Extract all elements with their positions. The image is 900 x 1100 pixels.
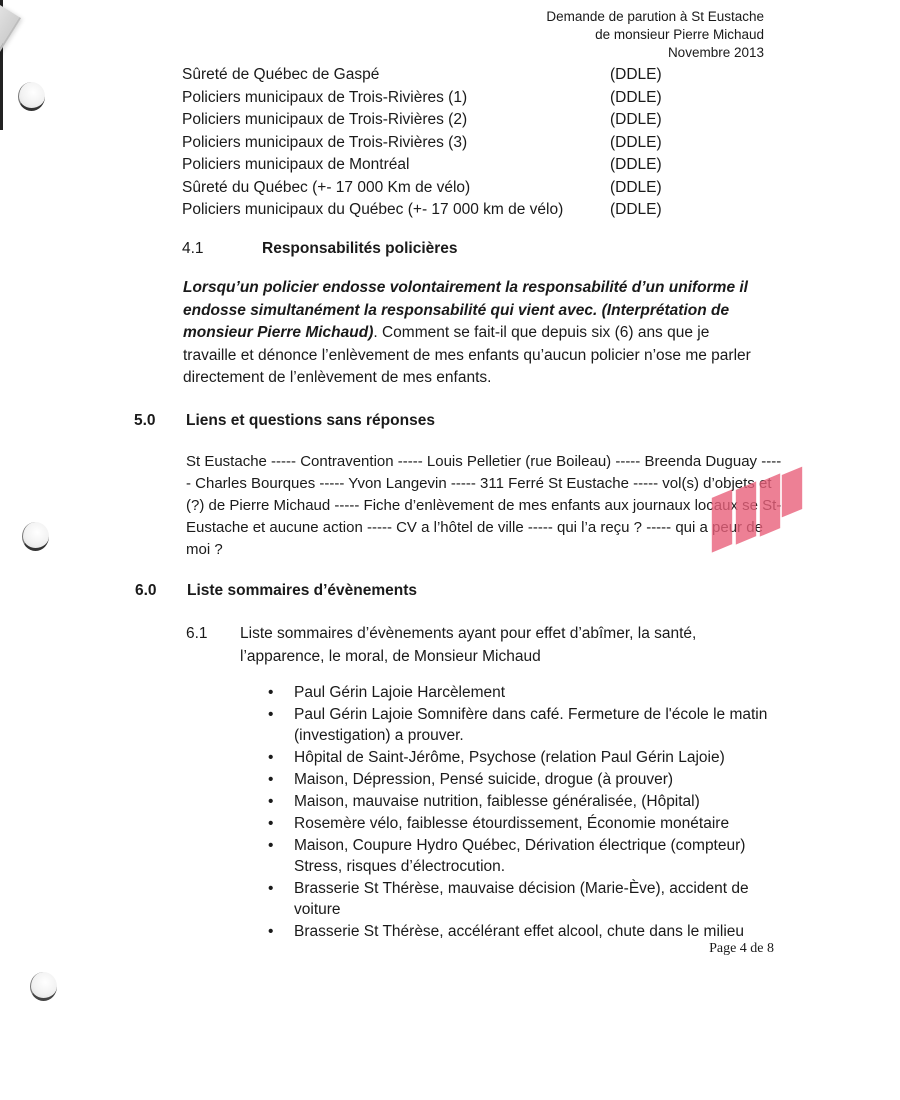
police-name: Sûreté de Québec de Gaspé <box>182 64 379 87</box>
section-number: 6.0 <box>135 582 187 600</box>
section-title: Liens et questions sans réponses <box>186 412 435 430</box>
list-item: •Maison, Dépression, Pensé suicide, drog… <box>266 769 786 790</box>
bullet-icon: • <box>268 704 273 725</box>
list-item: •Brasserie St Thérèse, accélérant effet … <box>266 921 786 942</box>
event-text: Maison, Dépression, Pensé suicide, drogu… <box>294 771 673 788</box>
subsection-title: Liste sommaires d’évènements ayant pour … <box>240 623 746 668</box>
police-code: (DDLE) <box>610 87 662 110</box>
section-heading-5: 5.0 Liens et questions sans réponses <box>134 412 435 430</box>
event-text: Paul Gérin Lajoie Harcèlement <box>294 684 505 701</box>
list-item: •Brasserie St Thérèse, mauvaise décision… <box>266 878 786 920</box>
event-text: Maison, mauvaise nutrition, faiblesse gé… <box>294 793 700 810</box>
bullet-icon: • <box>268 682 273 703</box>
subsection-6-1: 6.1 Liste sommaires d’évènements ayant p… <box>186 623 746 668</box>
paragraph-5: St Eustache ----- Contravention ----- Lo… <box>186 451 786 561</box>
police-list: Sûreté de Québec de Gaspé(DDLE) Policier… <box>182 64 662 222</box>
list-item: Policiers municipaux de Montréal(DDLE) <box>182 154 662 177</box>
list-item: •Hôpital de Saint-Jérôme, Psychose (rela… <box>266 747 786 768</box>
police-code: (DDLE) <box>610 154 662 177</box>
header-author: de monsieur Pierre Michaud <box>546 26 764 44</box>
bullet-icon: • <box>268 921 273 942</box>
bullet-icon: • <box>268 747 273 768</box>
event-text: Maison, Coupure Hydro Québec, Dérivation… <box>294 837 745 875</box>
punch-hole-icon <box>30 972 57 1001</box>
bullet-icon: • <box>268 813 273 834</box>
subsection-number: 4.1 <box>182 240 262 258</box>
subsection-title: Responsabilités policières <box>262 240 458 258</box>
list-item: •Paul Gérin Lajoie Harcèlement <box>266 682 786 703</box>
punch-hole-icon <box>18 82 45 111</box>
event-text: Paul Gérin Lajoie Somnifère dans café. F… <box>294 706 767 744</box>
header-title: Demande de parution à St Eustache <box>546 8 764 26</box>
punch-hole-icon <box>22 522 49 551</box>
event-text: Brasserie St Thérèse, accélérant effet a… <box>294 923 744 940</box>
police-code: (DDLE) <box>610 64 662 87</box>
header-date: Novembre 2013 <box>546 44 764 62</box>
paragraph-4-1: Lorsqu’un policier endosse volontairemen… <box>183 277 763 390</box>
list-item: •Maison, mauvaise nutrition, faiblesse g… <box>266 791 786 812</box>
page-number: Page 4 de 8 <box>709 941 774 957</box>
police-code: (DDLE) <box>610 109 662 132</box>
list-item: •Paul Gérin Lajoie Somnifère dans café. … <box>266 704 786 746</box>
document-header: Demande de parution à St Eustache de mon… <box>546 8 764 62</box>
list-item: •Rosemère vélo, faiblesse étourdissement… <box>266 813 786 834</box>
event-text: Brasserie St Thérèse, mauvaise décision … <box>294 880 749 918</box>
document-page: Demande de parution à St Eustache de mon… <box>0 0 900 1100</box>
list-item: Policiers municipaux de Trois-Rivières (… <box>182 87 662 110</box>
section-title: Liste sommaires d’évènements <box>187 582 417 600</box>
police-code: (DDLE) <box>610 132 662 155</box>
subsection-heading-4-1: 4.1 Responsabilités policières <box>182 240 458 258</box>
event-text: Rosemère vélo, faiblesse étourdissement,… <box>294 815 729 832</box>
event-text: Hôpital de Saint-Jérôme, Psychose (relat… <box>294 749 725 766</box>
list-item: •Maison, Coupure Hydro Québec, Dérivatio… <box>266 835 786 877</box>
bullet-icon: • <box>268 769 273 790</box>
police-name: Policiers municipaux du Québec (+- 17 00… <box>182 199 563 222</box>
section-heading-6: 6.0 Liste sommaires d’évènements <box>135 582 417 600</box>
subsection-number: 6.1 <box>186 623 240 668</box>
police-name: Policiers municipaux de Montréal <box>182 154 409 177</box>
police-name: Sûreté du Québec (+- 17 000 Km de vélo) <box>182 177 470 200</box>
police-name: Policiers municipaux de Trois-Rivières (… <box>182 132 467 155</box>
police-code: (DDLE) <box>610 177 662 200</box>
bullet-icon: • <box>268 878 273 899</box>
section-number: 5.0 <box>134 412 186 430</box>
list-item: Policiers municipaux du Québec (+- 17 00… <box>182 199 662 222</box>
police-name: Policiers municipaux de Trois-Rivières (… <box>182 87 467 110</box>
red-stamp-mark <box>705 478 805 553</box>
list-item: Sûreté du Québec (+- 17 000 Km de vélo)(… <box>182 177 662 200</box>
list-item: Sûreté de Québec de Gaspé(DDLE) <box>182 64 662 87</box>
event-list: •Paul Gérin Lajoie Harcèlement •Paul Gér… <box>266 682 786 943</box>
police-name: Policiers municipaux de Trois-Rivières (… <box>182 109 467 132</box>
list-item: Policiers municipaux de Trois-Rivières (… <box>182 132 662 155</box>
body-text: St Eustache ----- Contravention ----- Lo… <box>186 453 781 558</box>
police-code: (DDLE) <box>610 199 662 222</box>
bullet-icon: • <box>268 835 273 856</box>
list-item: Policiers municipaux de Trois-Rivières (… <box>182 109 662 132</box>
bullet-icon: • <box>268 791 273 812</box>
